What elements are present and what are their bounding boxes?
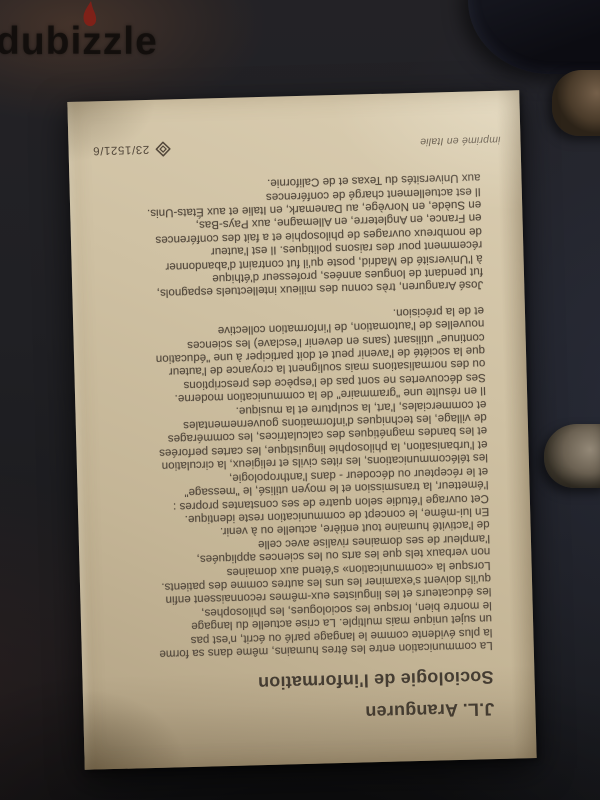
author-bio-paragraph: José Aranguren, très connu des milieux i… — [83, 170, 483, 301]
photo-scene: dubizzle J.L. Aranguren Sociologie de l'… — [0, 0, 600, 800]
print-code: 23/1521/6 — [92, 141, 170, 158]
book: J.L. Aranguren Sociologie de l'informati… — [67, 90, 536, 770]
imprint-row: imprimé en Italie 23/1521/6 — [92, 133, 500, 159]
dark-object-top-right — [468, 0, 600, 74]
blurb-paragraph: La communication entre les êtres humains… — [87, 303, 493, 662]
dubizzle-flame-icon — [80, 1, 100, 31]
stone-right-top — [552, 70, 600, 136]
dubizzle-watermark: dubizzle — [0, 20, 158, 64]
publisher-diamond-logo — [155, 141, 170, 156]
cover-text-block: J.L. Aranguren Sociologie de l'informati… — [83, 170, 494, 729]
author-name: J.L. Aranguren — [97, 698, 494, 729]
book-back-cover: J.L. Aranguren Sociologie de l'informati… — [67, 90, 536, 770]
printed-in-italy-label: imprimé en Italie — [420, 134, 501, 148]
watermark-text: dubizzle — [0, 20, 158, 64]
print-code-number: 23/1521/6 — [92, 143, 149, 156]
stone-right-middle — [544, 424, 600, 488]
book-title: Sociologie de l'information — [96, 666, 493, 697]
